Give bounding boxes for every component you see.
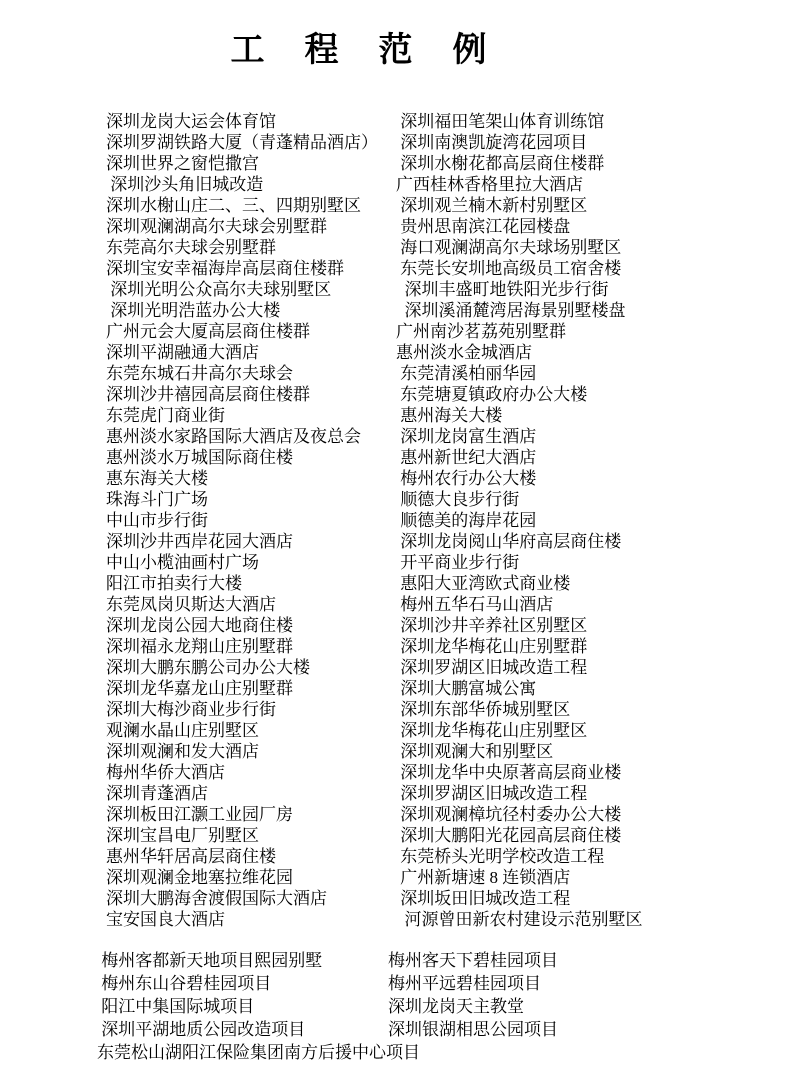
project-item-right: 深圳龙华梅花山庄别墅群 — [396, 636, 792, 657]
project-item-right: 深圳大鹏富城公寓 — [396, 678, 792, 699]
project-item-right: 海口观澜湖高尔夫球场别墅区 — [396, 237, 792, 258]
project-item-right: 深圳罗湖区旧城改造工程 — [396, 657, 792, 678]
project-row: 深圳观澜湖高尔夫球会别墅群 贵州思南滨江花园楼盘 — [106, 216, 792, 237]
project-row: 深圳板田江灏工业园厂房 深圳观澜樟坑径村委办公大楼 — [106, 804, 792, 825]
project-item-right: 深圳水榭花都高层商住楼群 — [396, 153, 792, 174]
project-row: 深圳观澜和发大酒店 深圳观澜大和别墅区 — [106, 741, 792, 762]
project-row: 梅州华侨大酒店 深圳龙华中央原著高层商业楼 — [106, 762, 792, 783]
project-row: 深圳罗湖铁路大厦（青蓬精品酒店） 深圳南澳凯旋湾花园项目 — [106, 132, 792, 153]
project-item-right: 梅州平远碧桂园项目 — [388, 972, 792, 995]
project-row: 深圳水榭山庄二、三、四期别墅区 深圳观兰楠木新村别墅区 — [106, 195, 792, 216]
project-item-left: 梅州华侨大酒店 — [106, 762, 396, 783]
project-item-left: 东莞虎门商业街 — [106, 405, 396, 426]
project-item-left: 深圳观澜和发大酒店 — [106, 741, 396, 762]
project-item-left: 中山小榄油画村广场 — [106, 552, 396, 573]
project-row: 观澜水晶山庄别墅区 深圳龙华梅花山庄别墅区 — [106, 720, 792, 741]
project-item-right: 梅州农行办公大楼 — [396, 468, 792, 489]
project-item-left: 深圳大鹏东鹏公司办公大楼 — [106, 657, 396, 678]
project-row: 东莞东城石井高尔夫球会 东莞清溪柏丽华园 — [106, 363, 792, 384]
project-item-right: 深圳龙岗阅山华府高层商住楼 — [396, 531, 792, 552]
project-item-right: 开平商业步行街 — [396, 552, 792, 573]
project-item-left: 深圳宝安幸福海岸高层商住楼群 — [106, 258, 396, 279]
project-item-left: 东莞高尔夫球会别墅群 — [106, 237, 396, 258]
project-row: 惠州华轩居高层商住楼 东莞桥头光明学校改造工程 — [106, 846, 792, 867]
project-row: 梅州东山谷碧桂园项目梅州平远碧桂园项目 — [97, 972, 792, 995]
project-row: 深圳光明浩蓝办公大楼 深圳溪涌麓湾居海景别墅楼盘 — [106, 300, 792, 321]
project-row: 阳江中集国际城项目深圳龙岗天主教堂 — [97, 995, 792, 1018]
project-item-right: 惠州淡水金城酒店 — [396, 342, 792, 363]
project-row: 深圳福永龙翔山庄别墅群 深圳龙华梅花山庄别墅群 — [106, 636, 792, 657]
project-row: 东莞高尔夫球会别墅群 海口观澜湖高尔夫球场别墅区 — [106, 237, 792, 258]
project-item-left: 深圳世界之窗恺撒宫 — [106, 153, 396, 174]
project-item-right: 惠州海关大楼 — [396, 405, 792, 426]
project-item-right: 深圳龙岗天主教堂 — [388, 995, 792, 1018]
project-item-right: 深圳溪涌麓湾居海景别墅楼盘 — [396, 300, 792, 321]
project-item-right: 顺德大良步行街 — [396, 489, 792, 510]
project-item-right: 深圳龙华梅花山庄别墅区 — [396, 720, 792, 741]
project-item-left: 梅州东山谷碧桂园项目 — [97, 972, 388, 995]
project-item-right: 东莞清溪柏丽华园 — [396, 363, 792, 384]
project-item-left: 观澜水晶山庄别墅区 — [106, 720, 396, 741]
project-item-left: 阳江市拍卖行大楼 — [106, 573, 396, 594]
project-item-left: 深圳宝昌电厂别墅区 — [106, 825, 396, 846]
project-item-left: 宝安国良大酒店 — [106, 909, 396, 930]
project-item-left: 惠州淡水家路国际大酒店及夜总会 — [106, 426, 396, 447]
project-row: 珠海斗门广场 顺德大良步行街 — [106, 489, 792, 510]
project-row: 东莞松山湖阳江保险集团南方后援中心项目 — [97, 1041, 792, 1064]
project-item-left: 深圳观澜金地塞拉维花园 — [106, 867, 396, 888]
project-item-right: 深圳南澳凯旋湾花园项目 — [396, 132, 792, 153]
project-item-left: 深圳水榭山庄二、三、四期别墅区 — [106, 195, 396, 216]
project-item-left: 阳江中集国际城项目 — [97, 995, 388, 1018]
project-item-left: 深圳青蓬酒店 — [106, 783, 396, 804]
project-item-right: 顺德美的海岸花园 — [396, 510, 792, 531]
project-row: 深圳观澜金地塞拉维花园 广州新塘速 8 连锁酒店 — [106, 867, 792, 888]
project-item-left: 深圳福永龙翔山庄别墅群 — [106, 636, 396, 657]
project-row: 中山市步行街 顺德美的海岸花园 — [106, 510, 792, 531]
project-item-left: 深圳大梅沙商业步行街 — [106, 699, 396, 720]
project-item-left: 深圳龙岗公园大地商住楼 — [106, 615, 396, 636]
project-row: 深圳沙头角旧城改造广西桂林香格里拉大酒店 — [106, 174, 792, 195]
project-row: 惠州淡水家路国际大酒店及夜总会 深圳龙岗富生酒店 — [106, 426, 792, 447]
project-list-main: 深圳龙岗大运会体育馆 深圳福田笔架山体育训练馆深圳罗湖铁路大厦（青蓬精品酒店） … — [0, 111, 792, 930]
project-row: 东莞凤岗贝斯达大酒店 梅州五华石马山酒店 — [106, 594, 792, 615]
project-item-left: 深圳板田江灏工业园厂房 — [106, 804, 396, 825]
project-item-right: 深圳观兰楠木新村别墅区 — [396, 195, 792, 216]
project-item-right: 东莞长安圳地高级员工宿舍楼 — [396, 258, 792, 279]
project-row: 东莞虎门商业街 惠州海关大楼 — [106, 405, 792, 426]
project-item-right: 东莞塘夏镇政府办公大楼 — [396, 384, 792, 405]
project-item-left: 广州元会大厦高层商住楼群 — [106, 321, 396, 342]
project-item-right: 深圳丰盛町地铁阳光步行街 — [396, 279, 792, 300]
project-item-right: 深圳罗湖区旧城改造工程 — [396, 783, 792, 804]
project-item-right: 深圳福田笔架山体育训练馆 — [396, 111, 792, 132]
project-row: 深圳沙井西岸花园大酒店 深圳龙岗阅山华府高层商住楼 — [106, 531, 792, 552]
title-wrap: 工 程 范 例 — [0, 0, 720, 71]
project-item-right: 深圳龙华中央原著高层商业楼 — [396, 762, 792, 783]
project-item-right: 深圳沙井辛养社区别墅区 — [396, 615, 792, 636]
project-item-left: 惠东海关大楼 — [106, 468, 396, 489]
project-item-right: 贵州思南滨江花园楼盘 — [396, 216, 792, 237]
project-item-right: 广州新塘速 8 连锁酒店 — [396, 867, 792, 888]
project-row: 深圳世界之窗恺撒宫 深圳水榭花都高层商住楼群 — [106, 153, 792, 174]
project-item-left: 深圳罗湖铁路大厦（青蓬精品酒店） — [106, 132, 396, 153]
page-title: 工 程 范 例 — [231, 22, 490, 71]
project-row: 惠东海关大楼 梅州农行办公大楼 — [106, 468, 792, 489]
project-row: 深圳龙华嘉龙山庄别墅群 深圳大鹏富城公寓 — [106, 678, 792, 699]
project-item-right: 深圳龙岗富生酒店 — [396, 426, 792, 447]
project-item-right: 梅州客天下碧桂园项目 — [388, 949, 792, 972]
project-item-left: 深圳观澜湖高尔夫球会别墅群 — [106, 216, 396, 237]
project-row: 深圳平湖融通大酒店惠州淡水金城酒店 — [106, 342, 792, 363]
project-item-left: 深圳平湖地质公园改造项目 — [97, 1018, 388, 1041]
project-item-right: 广西桂林香格里拉大酒店 — [396, 174, 792, 195]
project-item-left: 珠海斗门广场 — [106, 489, 396, 510]
project-row: 深圳大鹏东鹏公司办公大楼 深圳罗湖区旧城改造工程 — [106, 657, 792, 678]
project-row: 惠州淡水万城国际商住楼 惠州新世纪大酒店 — [106, 447, 792, 468]
project-item-left: 惠州淡水万城国际商住楼 — [106, 447, 396, 468]
project-item-left: 深圳光明浩蓝办公大楼 — [106, 300, 396, 321]
project-item-right: 深圳坂田旧城改造工程 — [396, 888, 792, 909]
project-row: 广州元会大厦高层商住楼群广州南沙茗荔苑别墅群 — [106, 321, 792, 342]
project-row: 深圳大鹏海舍渡假国际大酒店 深圳坂田旧城改造工程 — [106, 888, 792, 909]
project-row: 阳江市拍卖行大楼 惠阳大亚湾欧式商业楼 — [106, 573, 792, 594]
document-page: 工 程 范 例 深圳龙岗大运会体育馆 深圳福田笔架山体育训练馆深圳罗湖铁路大厦（… — [0, 0, 792, 1065]
project-list-bottom: 梅州客都新天地项目熙园别墅梅州客天下碧桂园项目 梅州东山谷碧桂园项目梅州平远碧桂… — [0, 949, 792, 1064]
project-item-right: 深圳观澜大和别墅区 — [396, 741, 792, 762]
project-item-left: 东莞东城石井高尔夫球会 — [106, 363, 396, 384]
project-item-right: 深圳银湖相思公园项目 — [388, 1018, 792, 1041]
project-row: 深圳龙岗大运会体育馆 深圳福田笔架山体育训练馆 — [106, 111, 792, 132]
project-row: 深圳宝昌电厂别墅区 深圳大鹏阳光花园高层商住楼 — [106, 825, 792, 846]
project-item-right: 惠州新世纪大酒店 — [396, 447, 792, 468]
project-item-left: 深圳沙头角旧城改造 — [106, 174, 396, 195]
project-item-left: 东莞松山湖阳江保险集团南方后援中心项目 — [97, 1041, 792, 1064]
project-row: 深圳沙井禧园高层商住楼群 东莞塘夏镇政府办公大楼 — [106, 384, 792, 405]
project-item-right: 深圳观澜樟坑径村委办公大楼 — [396, 804, 792, 825]
project-item-left: 深圳龙岗大运会体育馆 — [106, 111, 396, 132]
project-item-right: 东莞桥头光明学校改造工程 — [396, 846, 792, 867]
project-item-right: 惠阳大亚湾欧式商业楼 — [396, 573, 792, 594]
project-item-left: 深圳大鹏海舍渡假国际大酒店 — [106, 888, 396, 909]
project-item-right: 深圳东部华侨城别墅区 — [396, 699, 792, 720]
project-row: 深圳大梅沙商业步行街 深圳东部华侨城别墅区 — [106, 699, 792, 720]
project-item-right: 梅州五华石马山酒店 — [396, 594, 792, 615]
project-row: 深圳龙岗公园大地商住楼 深圳沙井辛养社区别墅区 — [106, 615, 792, 636]
project-row: 宝安国良大酒店 河源曾田新农村建设示范别墅区 — [106, 909, 792, 930]
project-item-right: 广州南沙茗荔苑别墅群 — [396, 321, 792, 342]
project-item-left: 深圳沙井西岸花园大酒店 — [106, 531, 396, 552]
project-item-left: 深圳光明公众高尔夫球别墅区 — [106, 279, 396, 300]
project-row: 中山小榄油画村广场 开平商业步行街 — [106, 552, 792, 573]
project-item-left: 深圳沙井禧园高层商住楼群 — [106, 384, 396, 405]
project-item-left: 东莞凤岗贝斯达大酒店 — [106, 594, 396, 615]
project-row: 深圳青蓬酒店 深圳罗湖区旧城改造工程 — [106, 783, 792, 804]
project-row: 深圳光明公众高尔夫球别墅区 深圳丰盛町地铁阳光步行街 — [106, 279, 792, 300]
project-item-left: 深圳平湖融通大酒店 — [106, 342, 396, 363]
project-item-left: 深圳龙华嘉龙山庄别墅群 — [106, 678, 396, 699]
project-item-right: 深圳大鹏阳光花园高层商住楼 — [396, 825, 792, 846]
project-row: 梅州客都新天地项目熙园别墅梅州客天下碧桂园项目 — [97, 949, 792, 972]
project-item-left: 梅州客都新天地项目熙园别墅 — [97, 949, 388, 972]
project-row: 深圳平湖地质公园改造项目深圳银湖相思公园项目 — [97, 1018, 792, 1041]
project-item-left: 惠州华轩居高层商住楼 — [106, 846, 396, 867]
project-item-right: 河源曾田新农村建设示范别墅区 — [396, 909, 792, 930]
project-item-left: 中山市步行街 — [106, 510, 396, 531]
project-row: 深圳宝安幸福海岸高层商住楼群 东莞长安圳地高级员工宿舍楼 — [106, 258, 792, 279]
